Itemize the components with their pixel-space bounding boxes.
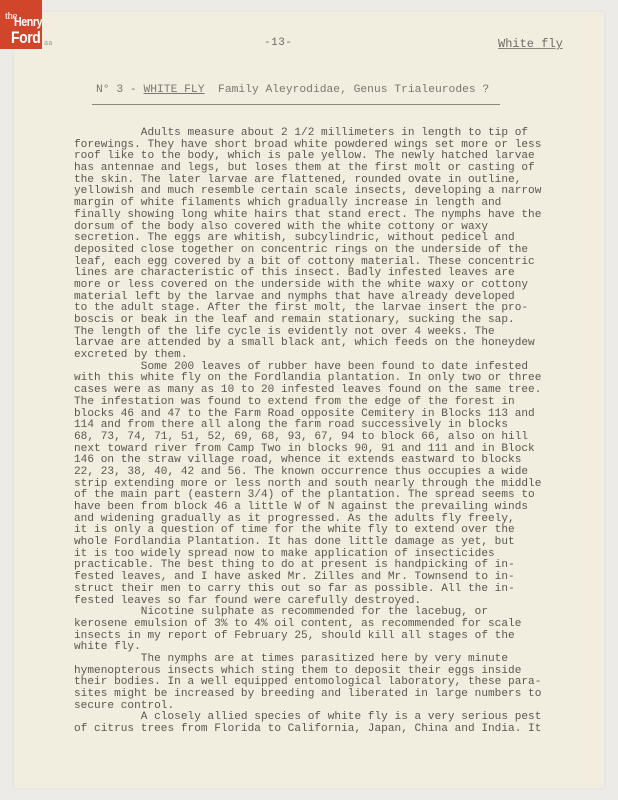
text-line: Adults measure about 2 1/2 millimeters i… xyxy=(74,128,594,140)
text-line: of citrus trees from Florida to Californ… xyxy=(74,724,594,736)
text-line: deposited close together on concentric r… xyxy=(74,245,594,257)
body-text: Adults measure about 2 1/2 millimeters i… xyxy=(74,128,594,736)
text-line: struct their men to carry this out so fa… xyxy=(74,584,594,596)
text-line: The infestation was found to extend from… xyxy=(74,397,594,409)
text-line: kerosene emulsion of 3% to 4% oil conten… xyxy=(74,619,594,631)
logo-ford: Ford xyxy=(11,28,40,48)
title-name: WHITE FLY xyxy=(143,84,204,96)
henry-ford-logo: the Henry Ford xyxy=(0,0,42,49)
text-line: finally showing long white hairs that st… xyxy=(74,210,594,222)
logo-henry: Henry xyxy=(14,14,42,29)
text-line: boscis or beak in the leaf and remain st… xyxy=(74,315,594,327)
text-line: have been from block 46 a little W of N … xyxy=(74,502,594,514)
text-line: 22, 23, 38, 40, 42 and 56. The known occ… xyxy=(74,467,594,479)
text-line: insects in my report of February 25, sho… xyxy=(74,631,594,643)
text-line: The nymphs are at times parasitized here… xyxy=(74,654,594,666)
text-line: more or less covered on the underside wi… xyxy=(74,280,594,292)
text-line: whole Fordlandia Plantation. It has done… xyxy=(74,537,594,549)
running-head: White fly xyxy=(498,37,563,51)
title-rest: Family Aleyrodidae, Genus Trialeurodes ? xyxy=(204,84,489,96)
text-line: has antennae and legs, but loses them at… xyxy=(74,163,594,175)
text-line: excreted by them. xyxy=(74,350,594,362)
text-line: sites might be increased by breeding and… xyxy=(74,689,594,701)
title-underline-rule xyxy=(92,104,500,105)
section-title: N° 3 - WHITE FLY Family Aleyrodidae, Gen… xyxy=(96,84,489,96)
text-line: 68, 73, 74, 71, 51, 52, 69, 68, 93, 67, … xyxy=(74,432,594,444)
title-prefix: N° 3 - xyxy=(96,84,143,96)
corner-mark: aa xyxy=(44,40,52,48)
page-number: -13- xyxy=(264,37,292,49)
